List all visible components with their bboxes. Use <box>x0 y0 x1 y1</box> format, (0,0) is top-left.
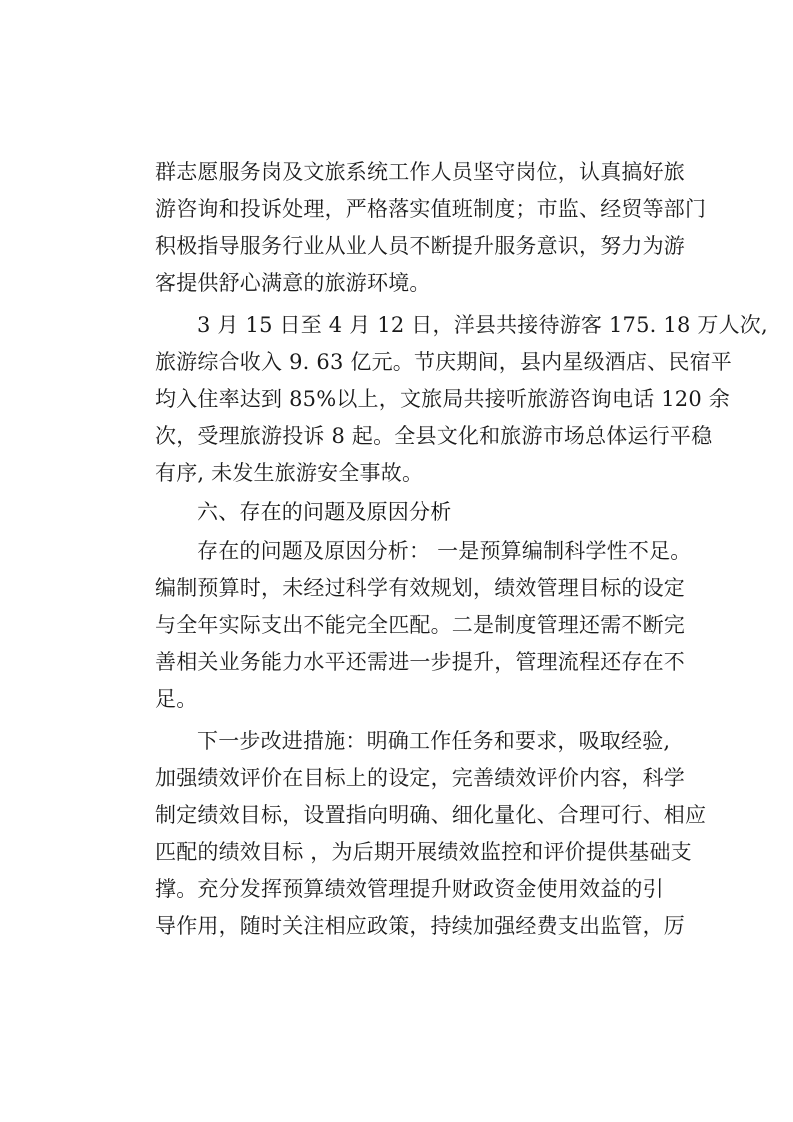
paragraph-line: 匹配的绩效目标 ，为后期开展绩效监控和评价提供基础支 <box>155 840 645 864</box>
paragraph-line: 均入住率达到 85%以上，文旅局共接听旅游咨询电话 120 余 <box>155 387 645 411</box>
paragraph-line: 积极指导服务行业从业人员不断提升服务意识，努力为游 <box>155 234 645 258</box>
paragraph-line: 有序, 未发生旅游安全事故。 <box>155 461 645 485</box>
paragraph-line: 导作用，随时关注相应政策，持续加强经费支出监管，厉 <box>155 914 645 938</box>
paragraph-line: 足。 <box>155 687 645 711</box>
paragraph-line: 制定绩效目标，设置指向明确、细化量化、合理可行、相应 <box>155 803 645 827</box>
paragraph-line: 游咨询和投诉处理，严格落实值班制度；市监、经贸等部门 <box>155 197 645 221</box>
paragraph-line: 与全年实际支出不能完全匹配。二是制度管理还需不断完 <box>155 613 645 637</box>
paragraph-line: 撑。充分发挥预算绩效管理提升财政资金使用效益的引 <box>155 877 645 901</box>
paragraph-line: 下一步改进措施：明确工作任务和要求，吸取经验, <box>197 729 645 753</box>
paragraph-line: 编制预算时，未经过科学有效规划，绩效管理目标的设定 <box>155 576 645 600</box>
paragraph-line: 群志愿服务岗及文旅系统工作人员坚守岗位，认真搞好旅 <box>155 160 645 184</box>
paragraph-line: 客提供舒心满意的旅游环境。 <box>155 271 645 295</box>
paragraph-line: 存在的问题及原因分析： 一是预算编制科学性不足。 <box>197 539 645 563</box>
section-heading: 六、存在的问题及原因分析 <box>197 500 645 524</box>
paragraph-line: 加强绩效评价在目标上的设定，完善绩效评价内容，科学 <box>155 766 645 790</box>
document-page: 群志愿服务岗及文旅系统工作人员坚守岗位，认真搞好旅 游咨询和投诉处理，严格落实值… <box>0 0 793 1122</box>
paragraph-line: 旅游综合收入 9. 63 亿元。节庆期间，县内星级酒店、民宿平 <box>155 350 645 374</box>
paragraph-line: 善相关业务能力水平还需进一步提升，管理流程还存在不 <box>155 650 645 674</box>
paragraph-line: 次，受理旅游投诉 8 起。全县文化和旅游市场总体运行平稳 <box>155 424 645 448</box>
paragraph-line: 3 月 15 日至 4 月 12 日，洋县共接待游客 175. 18 万人次, <box>197 313 645 337</box>
